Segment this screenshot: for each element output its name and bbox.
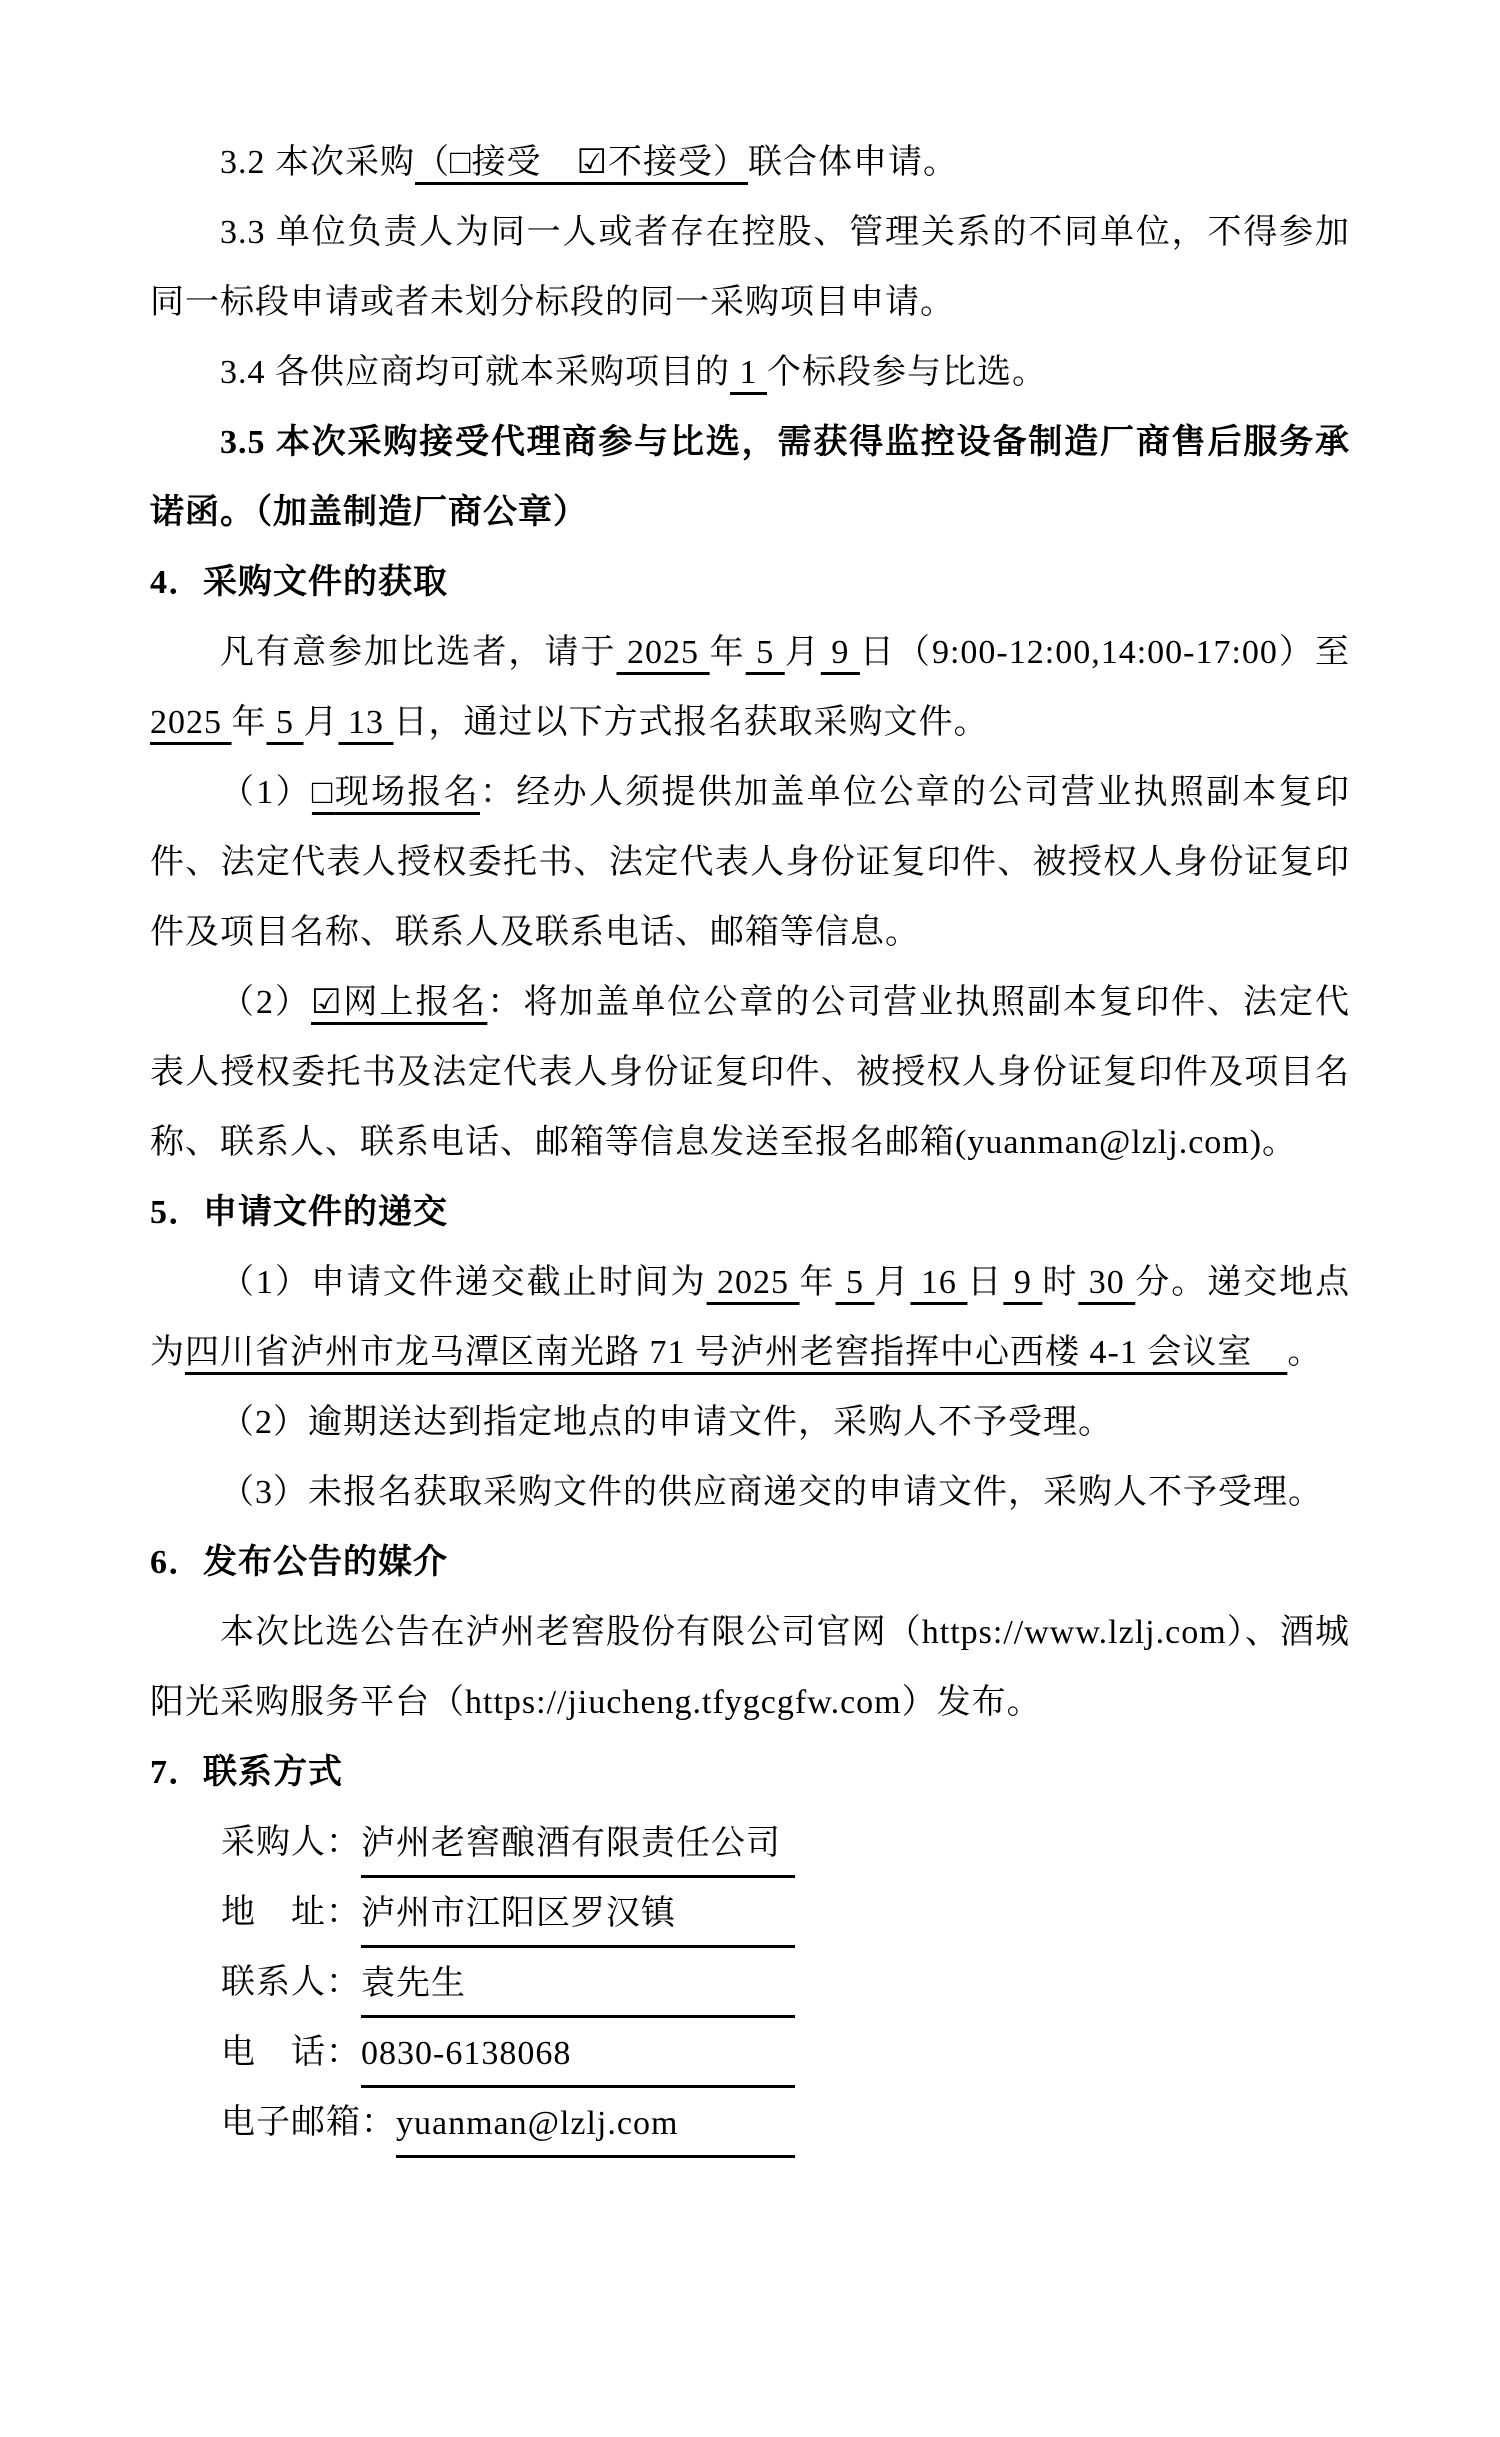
text-run: 现场报名 [335, 774, 480, 811]
text-run: 3.2 本次采购 [220, 144, 415, 181]
text-run: 5 [836, 1264, 875, 1301]
text-run: 3.3 单位负责人为同一人或者存在控股、管理关系的不同单位，不得参加同一标段申请… [150, 214, 1350, 321]
text-run: （ [415, 144, 450, 181]
contact-label: 电子邮箱： [221, 2088, 396, 2158]
text-run: 年 [232, 704, 267, 741]
contact-value: 泸州市江阳区罗汉镇 [361, 1883, 795, 1948]
text-run: 凡有意参加比选者，请于 [220, 634, 617, 671]
checkbox-checked-icon: ☑ [311, 984, 342, 1021]
text-run: 5 [267, 704, 304, 741]
heading-4: 4．采购文件的获取 [150, 548, 1350, 618]
contact-value: 0830-6138068 [361, 2023, 795, 2088]
clause-3-2: 3.2 本次采购（□接受 ☑不接受）联合体申请。 [150, 128, 1350, 198]
text-run: 月 [874, 1264, 910, 1301]
heading-6: 6．发布公告的媒介 [150, 1528, 1350, 1598]
text-run: 2025 [617, 634, 710, 671]
text-run: 年 [710, 634, 746, 671]
text-run: 联合体申请。 [748, 144, 958, 181]
clause-3-4: 3.4 各供应商均可就本采购项目的 1 个标段参与比选。 [150, 338, 1350, 408]
text-run: 年 [800, 1264, 836, 1301]
text-run: 日 [967, 1264, 1003, 1301]
text-run: 4．采购文件的获取 [150, 564, 448, 601]
text-run: 9 [821, 634, 860, 671]
contact-row: 联系人：袁先生 [221, 1948, 1350, 2018]
contact-label: 采购人： [221, 1808, 361, 1878]
contact-value: 泸州老窖酿酒有限责任公司 [361, 1813, 795, 1878]
text-run: 16 [910, 1264, 967, 1301]
text-run: 接受 [472, 144, 577, 181]
text-run: （1）申请文件递交截止时间为 [220, 1264, 707, 1301]
para-4-obtain: 凡有意参加比选者，请于 2025 年 5 月 9 日（9:00-12:00,14… [150, 618, 1350, 758]
para-5-late: （2）逾期送达到指定地点的申请文件，采购人不予受理。 [150, 1388, 1350, 1458]
contact-row: 采购人：泸州老窖酿酒有限责任公司 [221, 1808, 1350, 1878]
text-run: 不接受） [608, 144, 748, 181]
contact-label: 联系人： [221, 1948, 361, 2018]
para-4-onsite: （1）□现场报名：经办人须提供加盖单位公章的公司营业执照副本复印件、法定代表人授… [150, 758, 1350, 968]
text-run: 30 [1078, 1264, 1135, 1301]
text-run: 日，通过以下方式报名获取采购文件。 [394, 704, 989, 741]
heading-5: 5．申请文件的递交 [150, 1178, 1350, 1248]
page: { "document": { "paragraphs": [ { "name"… [0, 0, 1500, 2437]
contact-section: 采购人：泸州老窖酿酒有限责任公司地 址：泸州市江阳区罗汉镇联系人：袁先生电 话：… [150, 1808, 1350, 2158]
text-run: 月 [304, 704, 339, 741]
text-run: 网上报名 [342, 984, 487, 1021]
text-run: 5．申请文件的递交 [150, 1194, 448, 1231]
contact-row: 地 址：泸州市江阳区罗汉镇 [221, 1878, 1350, 1948]
text-run: （1） [220, 774, 312, 811]
text-run: 5 [746, 634, 785, 671]
text-run: 2025 [707, 1264, 800, 1301]
text-run: 1 [730, 354, 767, 391]
para-6-media: 本次比选公告在泸州老窖股份有限公司官网（https://www.lzlj.com… [150, 1598, 1350, 1738]
text-run: 2025 [150, 704, 232, 741]
text-run: 13 [339, 704, 394, 741]
checkbox-checked-icon: ☑ [577, 144, 608, 181]
checkbox-unchecked-icon: □ [312, 774, 335, 811]
para-5-unregistered: （3）未报名获取采购文件的供应商递交的申请文件，采购人不予受理。 [150, 1458, 1350, 1528]
notice-body: 3.2 本次采购（□接受 ☑不接受）联合体申请。3.3 单位负责人为同一人或者存… [150, 128, 1350, 1808]
text-run: 6．发布公告的媒介 [150, 1544, 448, 1581]
checkbox-unchecked-icon: □ [450, 144, 472, 181]
text-run: 3.5 本次采购接受代理商参与比选，需获得监控设备制造厂商售后服务承诺函。（加盖… [150, 424, 1350, 531]
contact-value: 袁先生 [361, 1953, 795, 2018]
text-run: 。 [1287, 1334, 1322, 1371]
text-run: 本次比选公告在泸州老窖股份有限公司官网（https://www.lzlj.com… [150, 1614, 1350, 1721]
text-run: 月 [785, 634, 821, 671]
text-run: 个标段参与比选。 [767, 354, 1047, 391]
text-run: 3.4 各供应商均可就本采购项目的 [220, 354, 730, 391]
contact-row: 电 话：0830-6138068 [221, 2018, 1350, 2088]
text-run: 日（9:00-12:00,14:00-17:00）至 [860, 634, 1350, 671]
text-run: （2） [220, 984, 311, 1021]
text-run: 9 [1003, 1264, 1042, 1301]
heading-7: 7．联系方式 [150, 1738, 1350, 1808]
text-run: （2）逾期送达到指定地点的申请文件，采购人不予受理。 [220, 1404, 1113, 1441]
para-4-online: （2）☑网上报名：将加盖单位公章的公司营业执照副本复印件、法定代表人授权委托书及… [150, 968, 1350, 1178]
contact-label: 地 址： [221, 1878, 361, 1948]
procurement-notice-document: 3.2 本次采购（□接受 ☑不接受）联合体申请。3.3 单位负责人为同一人或者存… [0, 0, 1500, 2158]
text-run: （3）未报名获取采购文件的供应商递交的申请文件，采购人不予受理。 [220, 1474, 1323, 1511]
contact-label: 电 话： [221, 2018, 361, 2088]
contact-row: 电子邮箱：yuanman@lzlj.com [221, 2088, 1350, 2158]
text-run: 四川省泸州市龙马潭区南光路 71 号泸州老窖指挥中心西楼 4-1 会议室 [185, 1334, 1287, 1371]
text-run: 时 [1042, 1264, 1078, 1301]
clause-3-3: 3.3 单位负责人为同一人或者存在控股、管理关系的不同单位，不得参加同一标段申请… [150, 198, 1350, 338]
clause-3-5: 3.5 本次采购接受代理商参与比选，需获得监控设备制造厂商售后服务承诺函。（加盖… [150, 408, 1350, 548]
contact-value: yuanman@lzlj.com [396, 2093, 795, 2158]
para-5-deadline: （1）申请文件递交截止时间为 2025 年 5 月 16 日 9 时 30 分。… [150, 1248, 1350, 1388]
text-run: 7．联系方式 [150, 1754, 343, 1791]
